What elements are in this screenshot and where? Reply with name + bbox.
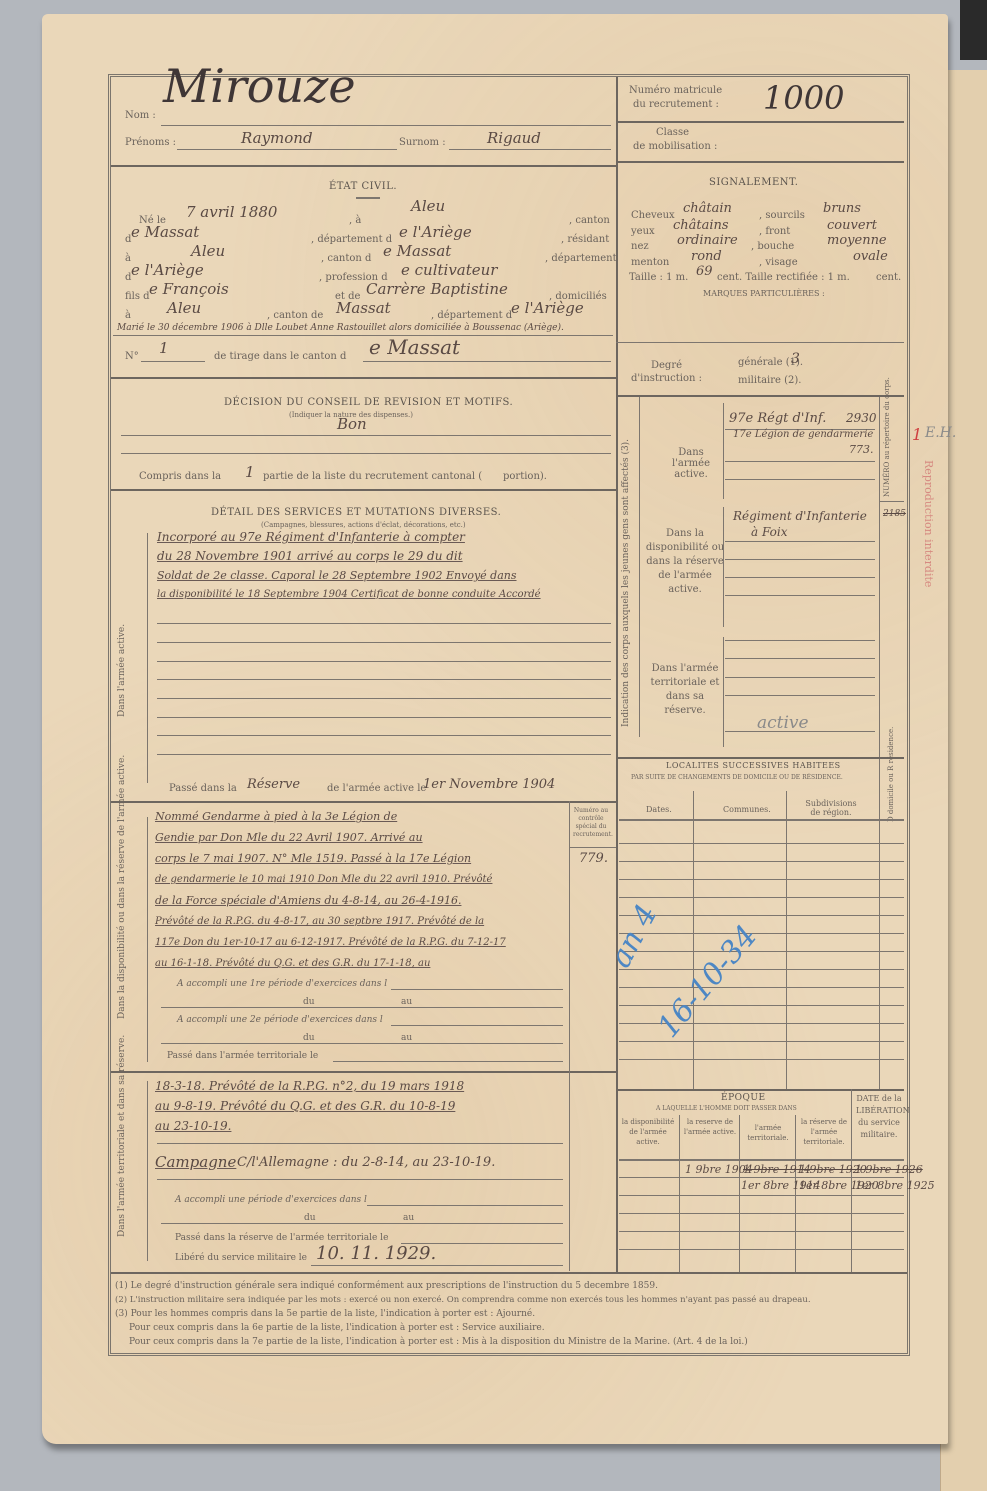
numero-repertoire-label: NUMÉRO au répertoire du corps. xyxy=(883,377,891,497)
passe-reserve-value: Réserve xyxy=(247,777,300,792)
instruction-generale-value: 3 xyxy=(791,351,800,367)
services-title: DÉTAIL DES SERVICES ET MUTATIONS DIVERSE… xyxy=(211,507,501,518)
marques-title: MARQUES PARTICULIÈRES : xyxy=(703,289,825,298)
archive-stamp: Reproduction interdite xyxy=(922,460,935,587)
passe-territoriale-label: Passé dans l'armée territoriale le xyxy=(167,1051,318,1061)
prenoms-label: Prénoms : xyxy=(125,137,176,148)
visage-value: ovale xyxy=(853,249,888,264)
epoque-col-reserve-territoriale: la réserve de l'armée territoriale. xyxy=(797,1117,851,1147)
periode-terr-du-label: du xyxy=(304,1213,316,1223)
cheveux-label: Cheveux xyxy=(631,210,675,221)
binding-shadow xyxy=(960,0,987,60)
tirage-text: de tirage dans le canton d xyxy=(214,351,346,362)
service-reserve-line-2: Gendie par Don Mle du 22 Avril 1907. Arr… xyxy=(155,828,423,847)
service-reserve-line-8: au 16-1-18. Prévôté du Q.G. et des G.R. … xyxy=(155,954,430,973)
instruction-label-2: d'instruction : xyxy=(631,373,702,384)
conseil-title: DÉCISION DU CONSEIL DE REVISION ET MOTIF… xyxy=(224,397,513,408)
sourcils-value: bruns xyxy=(823,201,861,216)
footnote-1: (1) Le degré d'instruction générale sera… xyxy=(115,1281,658,1291)
campagne-text: C/l'Allemagne : du 2-8-14, au 23-10-19. xyxy=(237,1155,495,1170)
nez-value: ordinaire xyxy=(677,233,738,248)
domicile-parents: Aleu xyxy=(167,299,201,317)
signalement-title: SIGNALEMENT. xyxy=(709,177,798,188)
departement3-label: , département d xyxy=(431,310,512,321)
periode2-du-label: du xyxy=(303,1033,315,1043)
periode2-label: A accompli une 2e période d'exercices da… xyxy=(177,1015,383,1025)
periode1-du-label: du xyxy=(303,997,315,1007)
fils-label: fils d xyxy=(125,291,150,302)
affectation-active-1: 97e Régt d'Inf. xyxy=(729,411,826,426)
tirage-canton: e Massat xyxy=(369,335,460,359)
services-reserve-side-label: Dans la disponibilité ou dans la réserve… xyxy=(117,755,127,1019)
front-value: couvert xyxy=(827,218,877,233)
date-liberation-title: DATE de la LIBÉRATION du service militai… xyxy=(856,1093,902,1141)
localites-col-dates: Dates. xyxy=(646,805,672,814)
periode-terr-au-label: au xyxy=(403,1213,414,1223)
epoque-col-disponibilite: la disponibilité de l'armée active. xyxy=(619,1117,677,1147)
footnote-2: (2) L'instruction militaire sera indiqué… xyxy=(115,1295,811,1305)
controle-special-value: 779. xyxy=(579,851,608,866)
bouche-value: moyenne xyxy=(827,233,887,248)
tirage-label: N° xyxy=(125,351,139,362)
epoque-title: ÉPOQUE xyxy=(721,1093,766,1103)
footnote-3: (3) Pour les hommes compris dans la 5e p… xyxy=(115,1309,535,1319)
passe-reserve-date: 1er Novembre 1904 xyxy=(423,777,555,792)
yeux-label: yeux xyxy=(631,226,655,237)
surnom-value: Rigaud xyxy=(487,129,541,147)
front-label: , front xyxy=(759,226,790,237)
affectations-territoriale-label: Dans l'armée territoriale et dans sa rés… xyxy=(645,662,725,718)
prenoms-value: Raymond xyxy=(241,129,313,147)
cheveux-value: châtain xyxy=(683,201,732,216)
taille-label: Taille : 1 m. xyxy=(629,272,688,283)
services-territoriale-side-label: Dans l'armée territoriale et dans sa rés… xyxy=(117,1035,127,1237)
service-reserve-line-5: de la Force spéciale d'Amiens du 4-8-14,… xyxy=(155,891,461,910)
a-label: , à xyxy=(349,215,361,226)
affectations-side-label: Indication des corps auxquels les jeunes… xyxy=(621,439,631,727)
yeux-value: châtains xyxy=(673,218,729,233)
bouche-label: , bouche xyxy=(751,241,794,252)
periode1-au-label: au xyxy=(401,997,412,1007)
canton-naissance: e Massat xyxy=(131,223,199,241)
liberation-date-crossed: 1 9bre 1926 xyxy=(855,1163,923,1176)
surnom-label: Surnom : xyxy=(399,137,446,148)
footnote-3b: Pour ceux compris dans la 6e partie de l… xyxy=(129,1323,545,1333)
sourcils-label: , sourcils xyxy=(759,210,805,221)
profession: e cultivateur xyxy=(401,261,497,279)
departement-label: , département d xyxy=(311,234,392,245)
passe-reserve-territoriale-label: Passé dans la réserve de l'armée territo… xyxy=(175,1233,388,1243)
service-reserve-line-6: Prévôté de la R.P.G. du 4-8-17, au 30 se… xyxy=(155,912,484,931)
affectation-disponibilite-2: à Foix xyxy=(751,525,787,539)
departement-residence: e l'Ariège xyxy=(131,261,204,279)
service-reserve-line-1: Nommé Gendarme à pied à la 3e Légion de xyxy=(155,807,397,826)
service-territoriale-line-1: 18-3-18. Prévôté de la R.P.G. n°2, du 19… xyxy=(155,1077,464,1096)
libere-date: 10. 11. 1929. xyxy=(316,1243,436,1264)
pere: e François xyxy=(149,280,229,298)
periode2-au-label: au xyxy=(401,1033,412,1043)
epoque-col-territoriale: l'armée territoriale. xyxy=(741,1123,795,1143)
localites-col-communes: Communes. xyxy=(723,805,771,814)
lieu-naissance: Aleu xyxy=(411,197,445,215)
affectation-disponibilite-1: Régiment d'Infanterie xyxy=(733,509,867,523)
residant-label: , résidant xyxy=(561,234,609,245)
instruction-label-1: Degré xyxy=(651,360,682,371)
instruction-militaire-label: militaire (2). xyxy=(738,375,801,386)
tirage-numero: 1 xyxy=(159,339,169,357)
departement2-label: , département xyxy=(545,253,617,264)
menton-label: menton xyxy=(631,257,669,268)
periode-territoriale-label: A accompli une période d'exercices dans … xyxy=(175,1195,367,1205)
canton-label: , canton xyxy=(569,215,610,226)
mere: Carrère Baptistine xyxy=(366,280,508,298)
mariage-note: Marié le 30 décembre 1906 à Dlle Loubet … xyxy=(117,323,564,333)
date-naissance: 7 avril 1880 xyxy=(186,203,277,221)
campagne-label: Campagne xyxy=(155,1153,236,1171)
compris-partie: 1 xyxy=(245,463,255,481)
affectation-disponibilite-number: 2185 xyxy=(883,509,906,519)
service-territoriale-line-2: au 9-8-19. Prévôté du Q.G. et des G.R. d… xyxy=(155,1097,455,1116)
taille-value: 69 xyxy=(696,264,713,279)
taille-rectifiee-label: cent. Taille rectifiée : 1 m. xyxy=(717,272,850,283)
service-territoriale-line-3: au 23-10-19. xyxy=(155,1117,231,1136)
residence: Aleu xyxy=(191,242,225,260)
footnote-3c: Pour ceux compris dans la 7e partie de l… xyxy=(129,1337,748,1347)
service-reserve-line-7: 117e Don du 1er-10-17 au 6-12-1917. Prév… xyxy=(155,933,506,952)
classe-label-1: Classe xyxy=(656,127,689,138)
periode1-label: A accompli une 1re période d'exercices d… xyxy=(177,979,387,989)
nez-label: nez xyxy=(631,241,649,252)
etat-civil-title: ÉTAT CIVIL. xyxy=(329,181,397,192)
service-reserve-line-4: de gendarmerie le 10 mai 1910 Don Mle du… xyxy=(155,870,492,889)
a3-label: à xyxy=(125,310,131,321)
epoque-col-reserve-active: la reserve de l'armée active. xyxy=(681,1117,739,1137)
red-margin-mark: 1 xyxy=(912,425,922,444)
classe-label-2: de mobilisation : xyxy=(633,141,717,152)
nom-label: Nom : xyxy=(125,110,156,121)
service-active-line-3: Soldat de 2e classe. Caporal le 28 Septe… xyxy=(157,566,517,585)
localites-side-column: D domicile ou R résidence. xyxy=(887,727,895,822)
service-reserve-line-3: corps le 7 mai 1907. N° Mle 1519. Passé … xyxy=(155,849,471,868)
conseil-decision: Bon xyxy=(337,415,367,433)
service-active-line-1: Incorporé au 97e Régiment d'Infanterie à… xyxy=(157,528,465,547)
canton2-label: , canton d xyxy=(321,253,371,264)
canton3-label: , canton de xyxy=(267,310,323,321)
blue-pencil-note-2: 16-10-34 xyxy=(651,919,764,1045)
matricule-value: 1000 xyxy=(763,79,844,117)
matricule-label-1: Numéro matricule xyxy=(629,85,722,96)
departement-parents: e l'Ariège xyxy=(511,299,584,317)
liberation-date: 1er 8bre 1925 xyxy=(855,1179,935,1192)
pencil-margin-mark: E.H. xyxy=(925,425,956,441)
localites-col-subdivisions: Subdivisions de région. xyxy=(801,799,861,817)
nom-value: Mirouze xyxy=(163,59,356,113)
visage-label: , visage xyxy=(759,257,798,268)
localites-subtitle: PAR SUITE DE CHANGEMENTS DE DOMICILE OU … xyxy=(631,774,843,781)
passe-reserve-text: de l'armée active le xyxy=(327,783,426,794)
territoriale-note: active xyxy=(757,713,809,733)
passe-reserve-label: Passé dans la xyxy=(169,783,237,794)
service-active-line-2: du 28 Novembre 1901 arrivé au corps le 2… xyxy=(157,547,463,566)
controle-special-label: Numéro au contrôle spécial du recrutemen… xyxy=(573,807,609,839)
libere-label: Libéré du service militaire le xyxy=(175,1253,307,1263)
service-active-line-4: la disponibilité le 18 Septembre 1904 Ce… xyxy=(157,585,541,604)
canton-residence: e Massat xyxy=(383,242,451,260)
taille-rectifiee-cent: cent. xyxy=(876,272,901,283)
matricule-form: Nom : Mirouze Prénoms : Raymond Surnom :… xyxy=(108,74,910,1356)
affectation-active-2: 17e Légion de gendarmerie xyxy=(733,429,873,440)
epoque-subtitle: A LAQUELLE L'HOMME DOIT PASSER DANS xyxy=(656,1105,797,1112)
portion-text: portion). xyxy=(503,471,547,482)
affectation-active-number-1: 2930 xyxy=(846,411,877,425)
compris-label: Compris dans la xyxy=(139,471,221,482)
canton-parents: Massat xyxy=(336,299,391,317)
matricule-label-2: du recrutement : xyxy=(633,99,719,110)
affectations-disponibilite-label: Dans la disponibilité ou dans la réserve… xyxy=(645,527,725,597)
menton-value: rond xyxy=(691,249,722,264)
departement-naissance: e l'Ariège xyxy=(399,223,472,241)
compris-text: partie de la liste du recrutement canton… xyxy=(263,471,482,482)
affectation-active-number-2: 773. xyxy=(849,443,874,456)
services-active-side-label: Dans l'armée active. xyxy=(117,624,127,717)
blue-pencil-note-1: an 4 xyxy=(603,899,665,974)
localites-title: LOCALITES SUCCESSIVES HABITEES xyxy=(666,761,841,770)
affectations-active-label: Dans l'armée active. xyxy=(659,447,723,480)
